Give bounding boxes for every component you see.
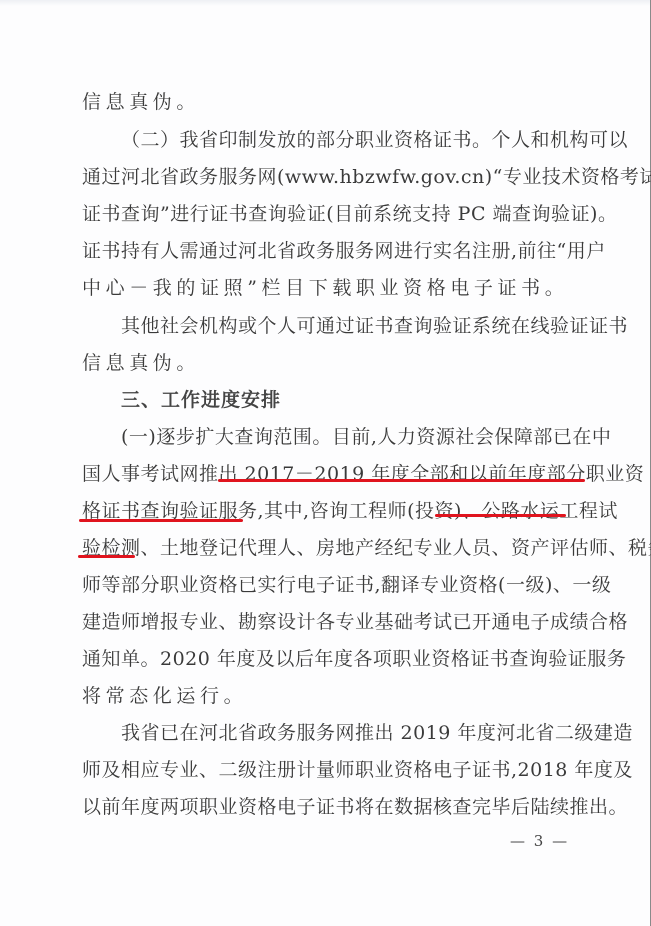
text-line: 师及相应专业、二级注册计量师职业资格电子证书,2018 年度及 <box>82 757 570 783</box>
text-line: 通知单。2020 年度及以后年度各项职业资格证书查询验证服务 <box>82 646 570 672</box>
text-line: 国人事考试网推出 2017－2019 年度全部和以前年度部分职业资 <box>82 461 570 487</box>
text-line: 验检测、土地登记代理人、房地产经纪专业人员、资产评估师、税务 <box>82 535 570 561</box>
text-line: 证书查询”进行证书查询验证(目前系统支持 PC 端查询验证)。 <box>82 201 570 227</box>
text-line: 证书持有人需通过河北省政务服务网进行实名注册,前往“用户 <box>82 238 570 264</box>
text-line: 建造师增报专业、勘察设计各专业基础考试已开通电子成绩合格 <box>82 609 570 635</box>
text-line: （二）我省印制发放的部分职业资格证书。个人和机构可以 <box>121 127 570 153</box>
text-line: 中心－我的证照”栏目下载职业资格电子证书。 <box>82 275 570 301</box>
text-line: 其他社会机构或个人可通过证书查询验证系统在线验证证书 <box>121 313 570 339</box>
text-line: 信息真伪。 <box>82 89 570 115</box>
page-number: — 3 — <box>510 832 569 850</box>
text-line: (一)逐步扩大查询范围。目前,人力资源社会保障部已在中 <box>121 424 570 450</box>
section-heading: 三、工作进度安排 <box>121 387 281 413</box>
red-underline-annotation <box>435 514 566 517</box>
red-underline-annotation <box>79 519 243 522</box>
text-line: 以前年度两项职业资格电子证书将在数据核查完毕后陆续推出。 <box>82 794 570 820</box>
red-underline-annotation <box>78 555 135 558</box>
text-line: 我省已在河北省政务服务网推出 2019 年度河北省二级建造 <box>121 720 570 746</box>
scan-top-shade <box>0 0 651 6</box>
text-line: 师等部分职业资格已实行电子证书,翻译专业资格(一级)、一级 <box>82 572 570 598</box>
red-underline-annotation <box>218 479 585 482</box>
text-line: 将常态化运行。 <box>82 683 570 709</box>
text-line: 通过河北省政务服务网(www.hbzwfw.gov.cn)“专业技术资格考试 <box>82 164 570 190</box>
text-line: 信息真伪。 <box>82 350 570 376</box>
